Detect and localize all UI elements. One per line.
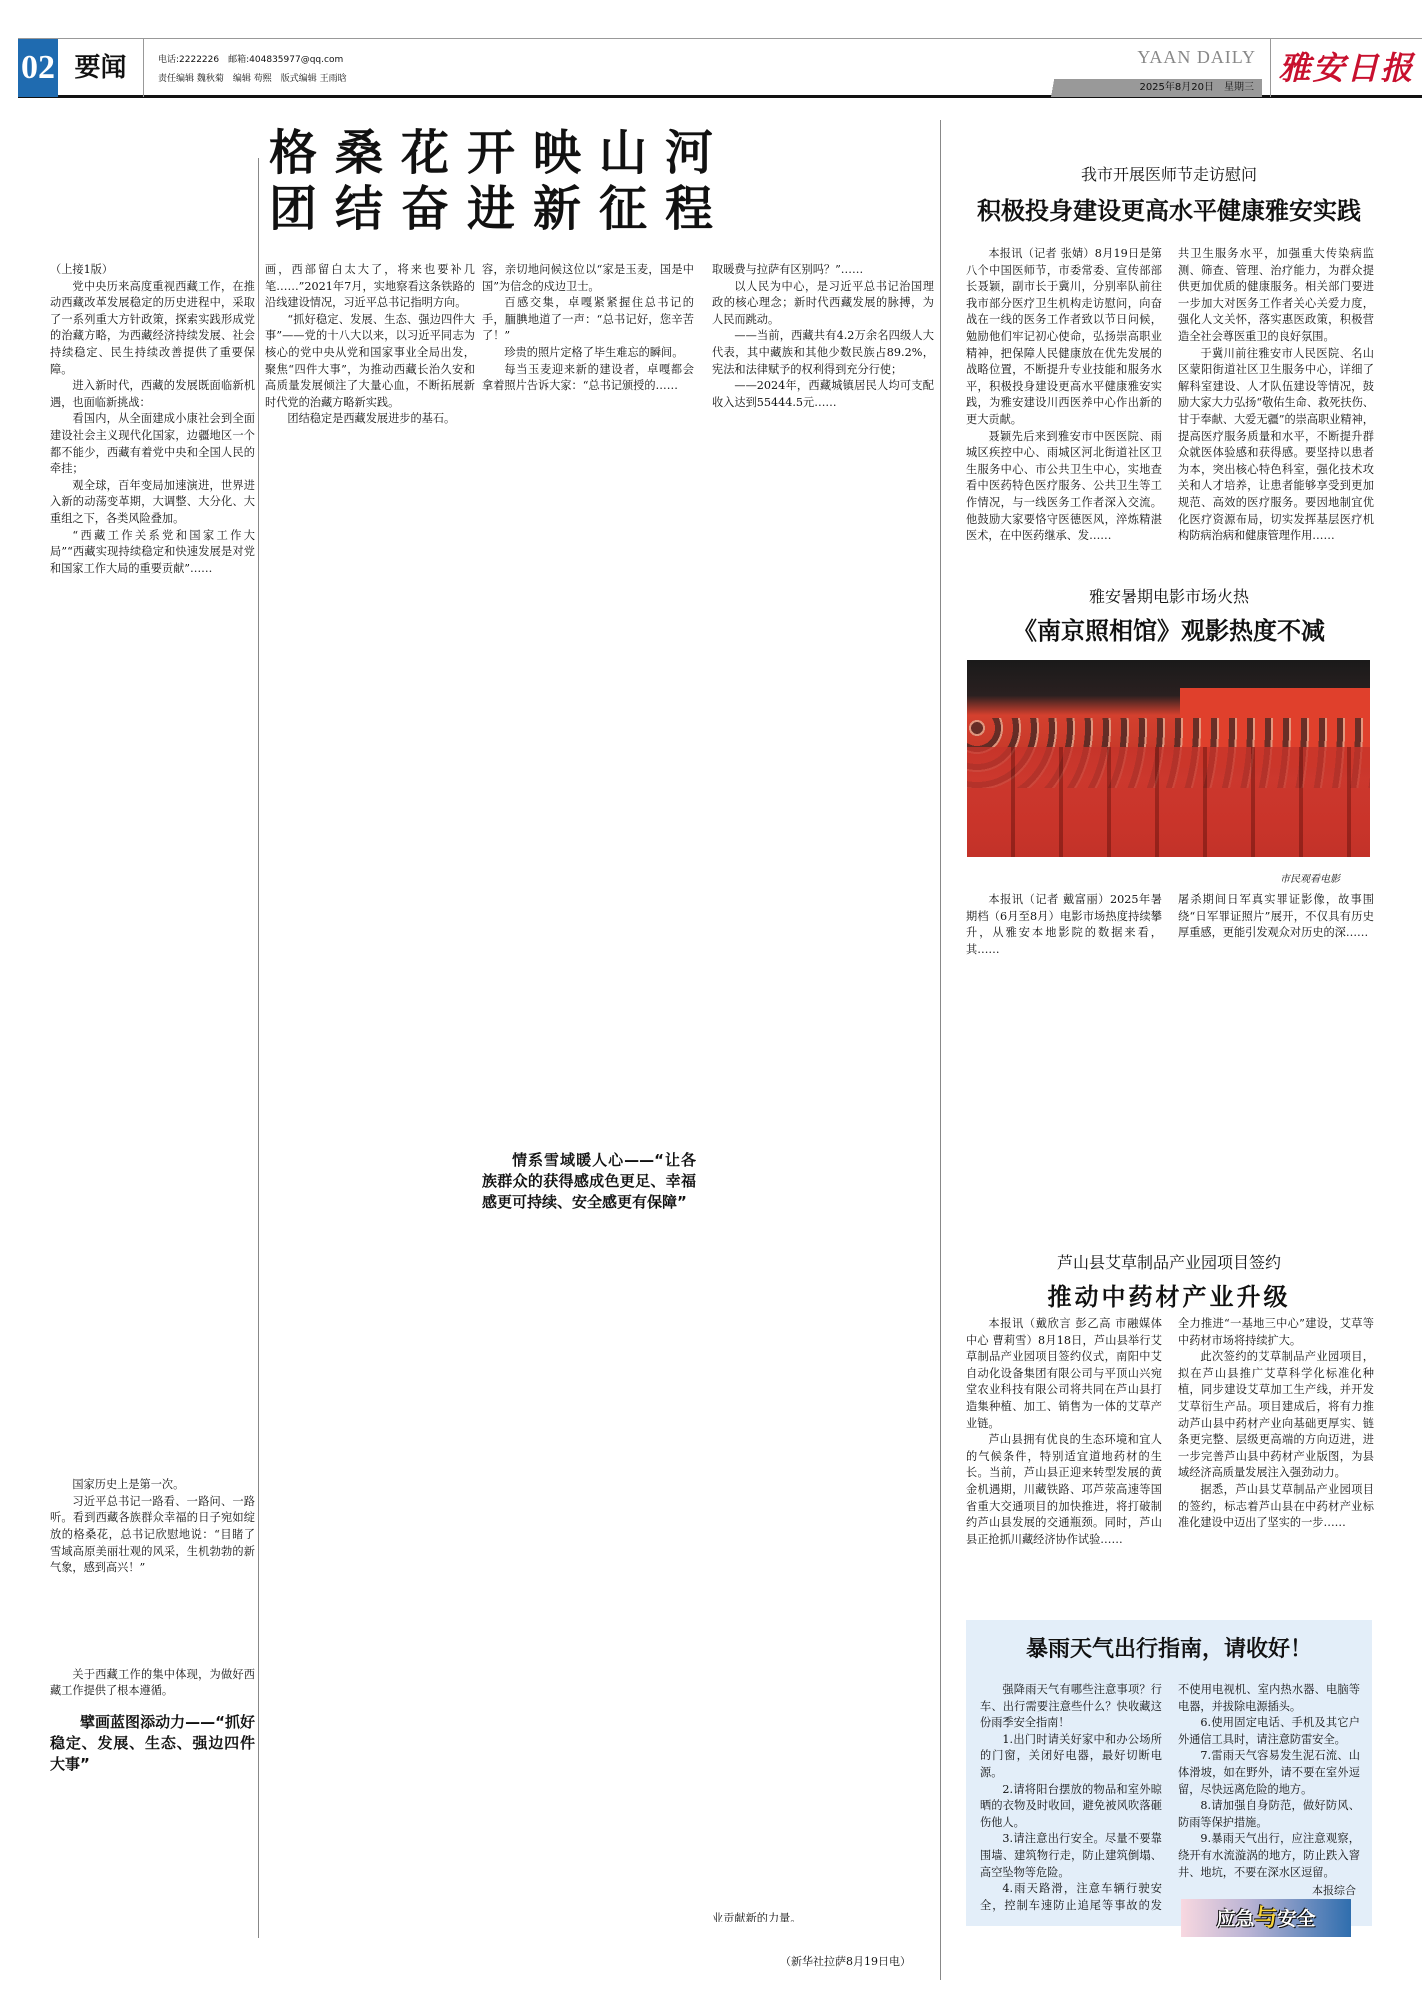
paragraph: 本报讯（戴欣言 彭乙高 市融媒体中心 曹莉雪）8月18日，芦山县举行艾草制品产业… bbox=[966, 1316, 1162, 1432]
paragraph: 强降雨天气有哪些注意事项？行车、出行需要注意些什么？快收藏这份雨季安全指南！ bbox=[980, 1682, 1162, 1732]
lead-column-4: 取暖费与拉萨有区别吗？”…… 以人民为中心，是习近平总书记治国理政的核心理念；新… bbox=[712, 262, 934, 1922]
paper-english-name: YAAN DAILY bbox=[1137, 47, 1256, 68]
paragraph: “西藏工作关系党和国家工作大局”“西藏实现持续稳定和快速发展是对党和国家工作大局… bbox=[50, 528, 255, 578]
badge-text-right: 安全 bbox=[1278, 1908, 1316, 1930]
contact-info: 电话:2222226 邮箱:404835977@qq.com 责任编辑 魏秋菊 … bbox=[158, 51, 347, 89]
email: 邮箱:404835977@qq.com bbox=[228, 55, 343, 65]
paragraph: 本报讯（记者 张婧）8月19日是第八个中国医师节，市委常委、宣传部部长聂颖，副市… bbox=[966, 246, 1162, 429]
paragraph: 芦山县拥有优良的生态环境和宜人的气候条件，特别适宜道地药材的生长。当前，芦山县正… bbox=[966, 1432, 1162, 1548]
kicker: 我市开展医师节走访慰问 bbox=[966, 162, 1372, 185]
paragraph: 百感交集，卓嘎紧紧握住总书记的手，腼腆地道了一声：“总书记好，您辛苦了！” bbox=[482, 295, 694, 345]
lead-column-1: （上接1版） 党中央历来高度重视西藏工作，在推动西藏改革发展稳定的历史进程中，采… bbox=[50, 262, 255, 1942]
lead-column-3: 容，亲切地问候这位以“家是玉麦，国是中国”为信念的戍边卫士。 百感交集，卓嘎紧紧… bbox=[482, 262, 694, 1122]
newspaper-logo: 雅安日报 bbox=[1270, 39, 1422, 97]
kicker: 芦山县艾草制品产业园项目签约 bbox=[966, 1250, 1372, 1273]
badge-text-mid: 与 bbox=[1255, 1905, 1278, 1931]
mugwort-column-2: 全力推进“一基地三中心”建设，艾草等中药材市场将持续扩大。 此次签约的艾草制品产… bbox=[1178, 1316, 1374, 1606]
movie-column-1: 本报讯（记者 戴富丽）2025年暑期档（6月至8月）电影市场热度持续攀升，从雅安… bbox=[966, 892, 1162, 1222]
paragraph: 1.出门时请关好家中和办公场所的门窗，关闭好电器，最好切断电源。 bbox=[980, 1732, 1162, 1782]
paragraph: 6.使用固定电话、手机及其它户外通信工具时，请注意防雷安全。 bbox=[1178, 1715, 1360, 1748]
paragraph: 7.雷雨天气容易发生泥石流、山体滑坡，如在野外，请不要在室外逗留，尽快远离危险的… bbox=[1178, 1748, 1360, 1798]
lead-subhead-1: 擘画蓝图添动力——“抓好稳定、发展、生态、强边四件大事” bbox=[50, 1712, 255, 1775]
rain-guide-source: 本报综合 bbox=[1312, 1882, 1356, 1898]
paragraph: 聂颖先后来到雅安市中医医院、雨城区疾控中心、雨城区河北街道社区卫生服务中心、市公… bbox=[966, 429, 1162, 545]
rain-guide-title: 暴雨天气出行指南，请收好！ bbox=[966, 1632, 1372, 1663]
paragraph: 不使用电视机、室内热水器、电脑等电器，并拔除电源插头。 bbox=[1178, 1682, 1360, 1715]
badge-text-left: 应急 bbox=[1216, 1908, 1254, 1930]
paragraph: 观全球，百年变局加速演进，世界进入新的动荡变革期，大调整、大分化、大重组之下，各… bbox=[50, 478, 255, 528]
paragraph: 国家历史上是第一次。 bbox=[50, 1477, 255, 1494]
emergency-safety-badge: 应急与安全 bbox=[1181, 1899, 1351, 1937]
paragraph: 8.请加强自身防范，做好防风、防雨等保护措施。 bbox=[1178, 1798, 1360, 1831]
paragraph: 容，亲切地问候这位以“家是玉麦，国是中国”为信念的戍边卫士。 bbox=[482, 262, 694, 295]
lead-column-2: 画，西部留白太大了，将来也要补几笔……”2021年7月，实地察看这条铁路的沿线建… bbox=[265, 262, 475, 1942]
rain-guide-box: 暴雨天气出行指南，请收好！ 强降雨天气有哪些注意事项？行车、出行需要注意些什么？… bbox=[966, 1620, 1372, 1926]
paragraph: 本报讯（记者 戴富丽）2025年暑期档（6月至8月）电影市场热度持续攀升，从雅安… bbox=[966, 892, 1162, 958]
paragraph: 4.雨天路滑，注意车辆行驶安全，控制车速防止追尾等事故的发生。 bbox=[980, 1881, 1162, 1912]
editors: 责任编辑 魏秋菊 编辑 苟熙 版式编辑 王雨晗 bbox=[158, 70, 347, 89]
paragraph: 党中央历来高度重视西藏工作，在推动西藏改革发展稳定的历史进程中，采取了一系列重大… bbox=[50, 279, 255, 379]
photo-caption: 市民观看电影 bbox=[1280, 870, 1340, 885]
paragraph: 2.请将阳台摆放的物品和室外晾晒的衣物及时收回，避免被风吹落砸伤他人。 bbox=[980, 1782, 1162, 1832]
headline-line-2: 团结奋进新征程 bbox=[250, 181, 750, 237]
issue-date: 2025年8月20日 星期三 bbox=[1042, 79, 1262, 97]
paragraph: 此次签约的艾草制品产业园项目，拟在芦山县推广艾草科学化标准化种植，同步建设艾草加… bbox=[1178, 1349, 1374, 1482]
cinema-photo bbox=[967, 660, 1370, 857]
title: 《南京照相馆》观影热度不减 bbox=[966, 611, 1372, 646]
paragraph: 看国内，从全面建成小康社会到全面建设社会主义现代化国家，边疆地区一个都不能少，西… bbox=[50, 411, 255, 477]
doctors-headline: 我市开展医师节走访慰问 积极投身建设更高水平健康雅安实践 bbox=[966, 162, 1372, 226]
paragraph: ——2024年，西藏城镇居民人均可支配收入达到55444.5元…… bbox=[712, 378, 934, 411]
movie-headline: 雅安暑期电影市场火热 《南京照相馆》观影热度不减 bbox=[966, 584, 1372, 646]
paragraph: 全力推进“一基地三中心”建设，艾草等中药材市场将持续扩大。 bbox=[1178, 1316, 1374, 1349]
page-number: 02 bbox=[18, 39, 58, 97]
mugwort-column-1: 本报讯（戴欣言 彭乙高 市融媒体中心 曹莉雪）8月18日，芦山县举行艾草制品产业… bbox=[966, 1316, 1162, 1606]
lead-subhead-2: 情系雪域暖人心——“让各族群众的获得感成色更足、幸福感更可持续、安全感更有保障” bbox=[482, 1150, 696, 1213]
paragraph: 3.请注意出行安全。尽量不要靠围墙、建筑物行走，防止建筑倒塌、高空坠物等危险。 bbox=[980, 1831, 1162, 1881]
doctors-column-2: 共卫生服务水平，加强重大传染病监测、筛查、管理、治疗能力，为群众提供更加优质的健… bbox=[1178, 246, 1374, 546]
lead-subhead-2-box: 情系雪域暖人心——“让各族群众的获得感成色更足、幸福感更可持续、安全感更有保障” bbox=[482, 1150, 696, 1240]
paragraph: “抓好稳定、发展、生态、强边四件大事”——党的十八大以来，以习近平同志为核心的党… bbox=[265, 312, 475, 412]
paragraph: 取暖费与拉萨有区别吗？”…… bbox=[712, 262, 934, 279]
paragraph: 关于西藏工作的集中体现，为做好西藏工作提供了根本遵循。 bbox=[50, 1667, 255, 1700]
title: 推动中药材产业升级 bbox=[966, 1277, 1372, 1312]
paragraph: ——当前，西藏共有4.2万余名四级人大代表，其中藏族和其他少数民族占89.2%，… bbox=[712, 328, 934, 378]
lead-headline: 格桑花开映山河 团结奋进新征程 bbox=[250, 125, 750, 237]
rain-guide-column-1: 强降雨天气有哪些注意事项？行车、出行需要注意些什么？快收藏这份雨季安全指南！ 1… bbox=[980, 1682, 1162, 1912]
phone: 电话:2222226 bbox=[158, 55, 219, 65]
headline-line-1: 格桑花开映山河 bbox=[250, 125, 750, 181]
section-title: 要闻 bbox=[58, 39, 144, 97]
masthead: 02 要闻 电话:2222226 邮箱:404835977@qq.com 责任编… bbox=[18, 38, 1422, 98]
paragraph: 每当玉麦迎来新的建设者，卓嘎都会拿着照片告诉大家：“总书记颁授的…… bbox=[482, 362, 694, 395]
rain-guide-column-2: 不使用电视机、室内热水器、电脑等电器，并拔除电源插头。 6.使用固定电话、手机及… bbox=[1178, 1682, 1360, 1892]
paragraph: 进入新时代，西藏的发展既面临新机遇，也面临新挑战： bbox=[50, 378, 255, 411]
section-divider bbox=[940, 120, 941, 1980]
paragraph: 于冀川前往雅安市人民医院、名山区蒙阳街道社区卫生服务中心，详细了解科室建设、人才… bbox=[1178, 346, 1374, 545]
paragraph: 团结稳定是西藏发展进步的基石。 bbox=[265, 411, 475, 428]
paragraph: 习近平总书记一路看、一路问、一路听。看到西藏各族群众幸福的日子宛如绽放的格桑花，… bbox=[50, 1494, 255, 1577]
continued-note: （上接1版） bbox=[50, 262, 255, 279]
kicker: 雅安暑期电影市场火热 bbox=[966, 584, 1372, 607]
photo-seats bbox=[967, 747, 1370, 857]
title: 积极投身建设更高水平健康雅安实践 bbox=[966, 191, 1372, 226]
column-divider bbox=[258, 158, 259, 1938]
lead-dateline: （新华社拉萨8月19日电） bbox=[780, 1953, 911, 1969]
paragraph: 以人民为中心，是习近平总书记治国理政的核心理念；新时代西藏发展的脉搏，为人民而跳… bbox=[712, 279, 934, 329]
movie-column-2: 屠杀期间日军真实罪证影像，故事围绕“日军罪证照片”展开，不仅具有历史厚重感，更能… bbox=[1178, 892, 1374, 1222]
paragraph: 据悉，芦山县艾草制品产业园项目的签约，标志着芦山县在中药材产业标准化建设中迈出了… bbox=[1178, 1482, 1374, 1532]
paragraph: 9.暴雨天气出行，应注意观察，绕开有水流漩涡的地方，防止跌入窨井、地坑，不要在深… bbox=[1178, 1831, 1360, 1881]
mugwort-headline: 芦山县艾草制品产业园项目签约 推动中药材产业升级 bbox=[966, 1250, 1372, 1312]
paragraph: 珍贵的照片定格了毕生难忘的瞬间。 bbox=[482, 345, 694, 362]
paragraph: 画，西部留白太大了，将来也要补几笔……”2021年7月，实地察看这条铁路的沿线建… bbox=[265, 262, 475, 312]
doctors-column-1: 本报讯（记者 张婧）8月19日是第八个中国医师节，市委常委、宣传部部长聂颖，副市… bbox=[966, 246, 1162, 546]
paragraph: 业贡献新的力量。 bbox=[712, 1911, 934, 1922]
paragraph: 屠杀期间日军真实罪证影像，故事围绕“日军罪证照片”展开，不仅具有历史厚重感，更能… bbox=[1178, 892, 1374, 942]
paragraph: 共卫生服务水平，加强重大传染病监测、筛查、管理、治疗能力，为群众提供更加优质的健… bbox=[1178, 246, 1374, 346]
